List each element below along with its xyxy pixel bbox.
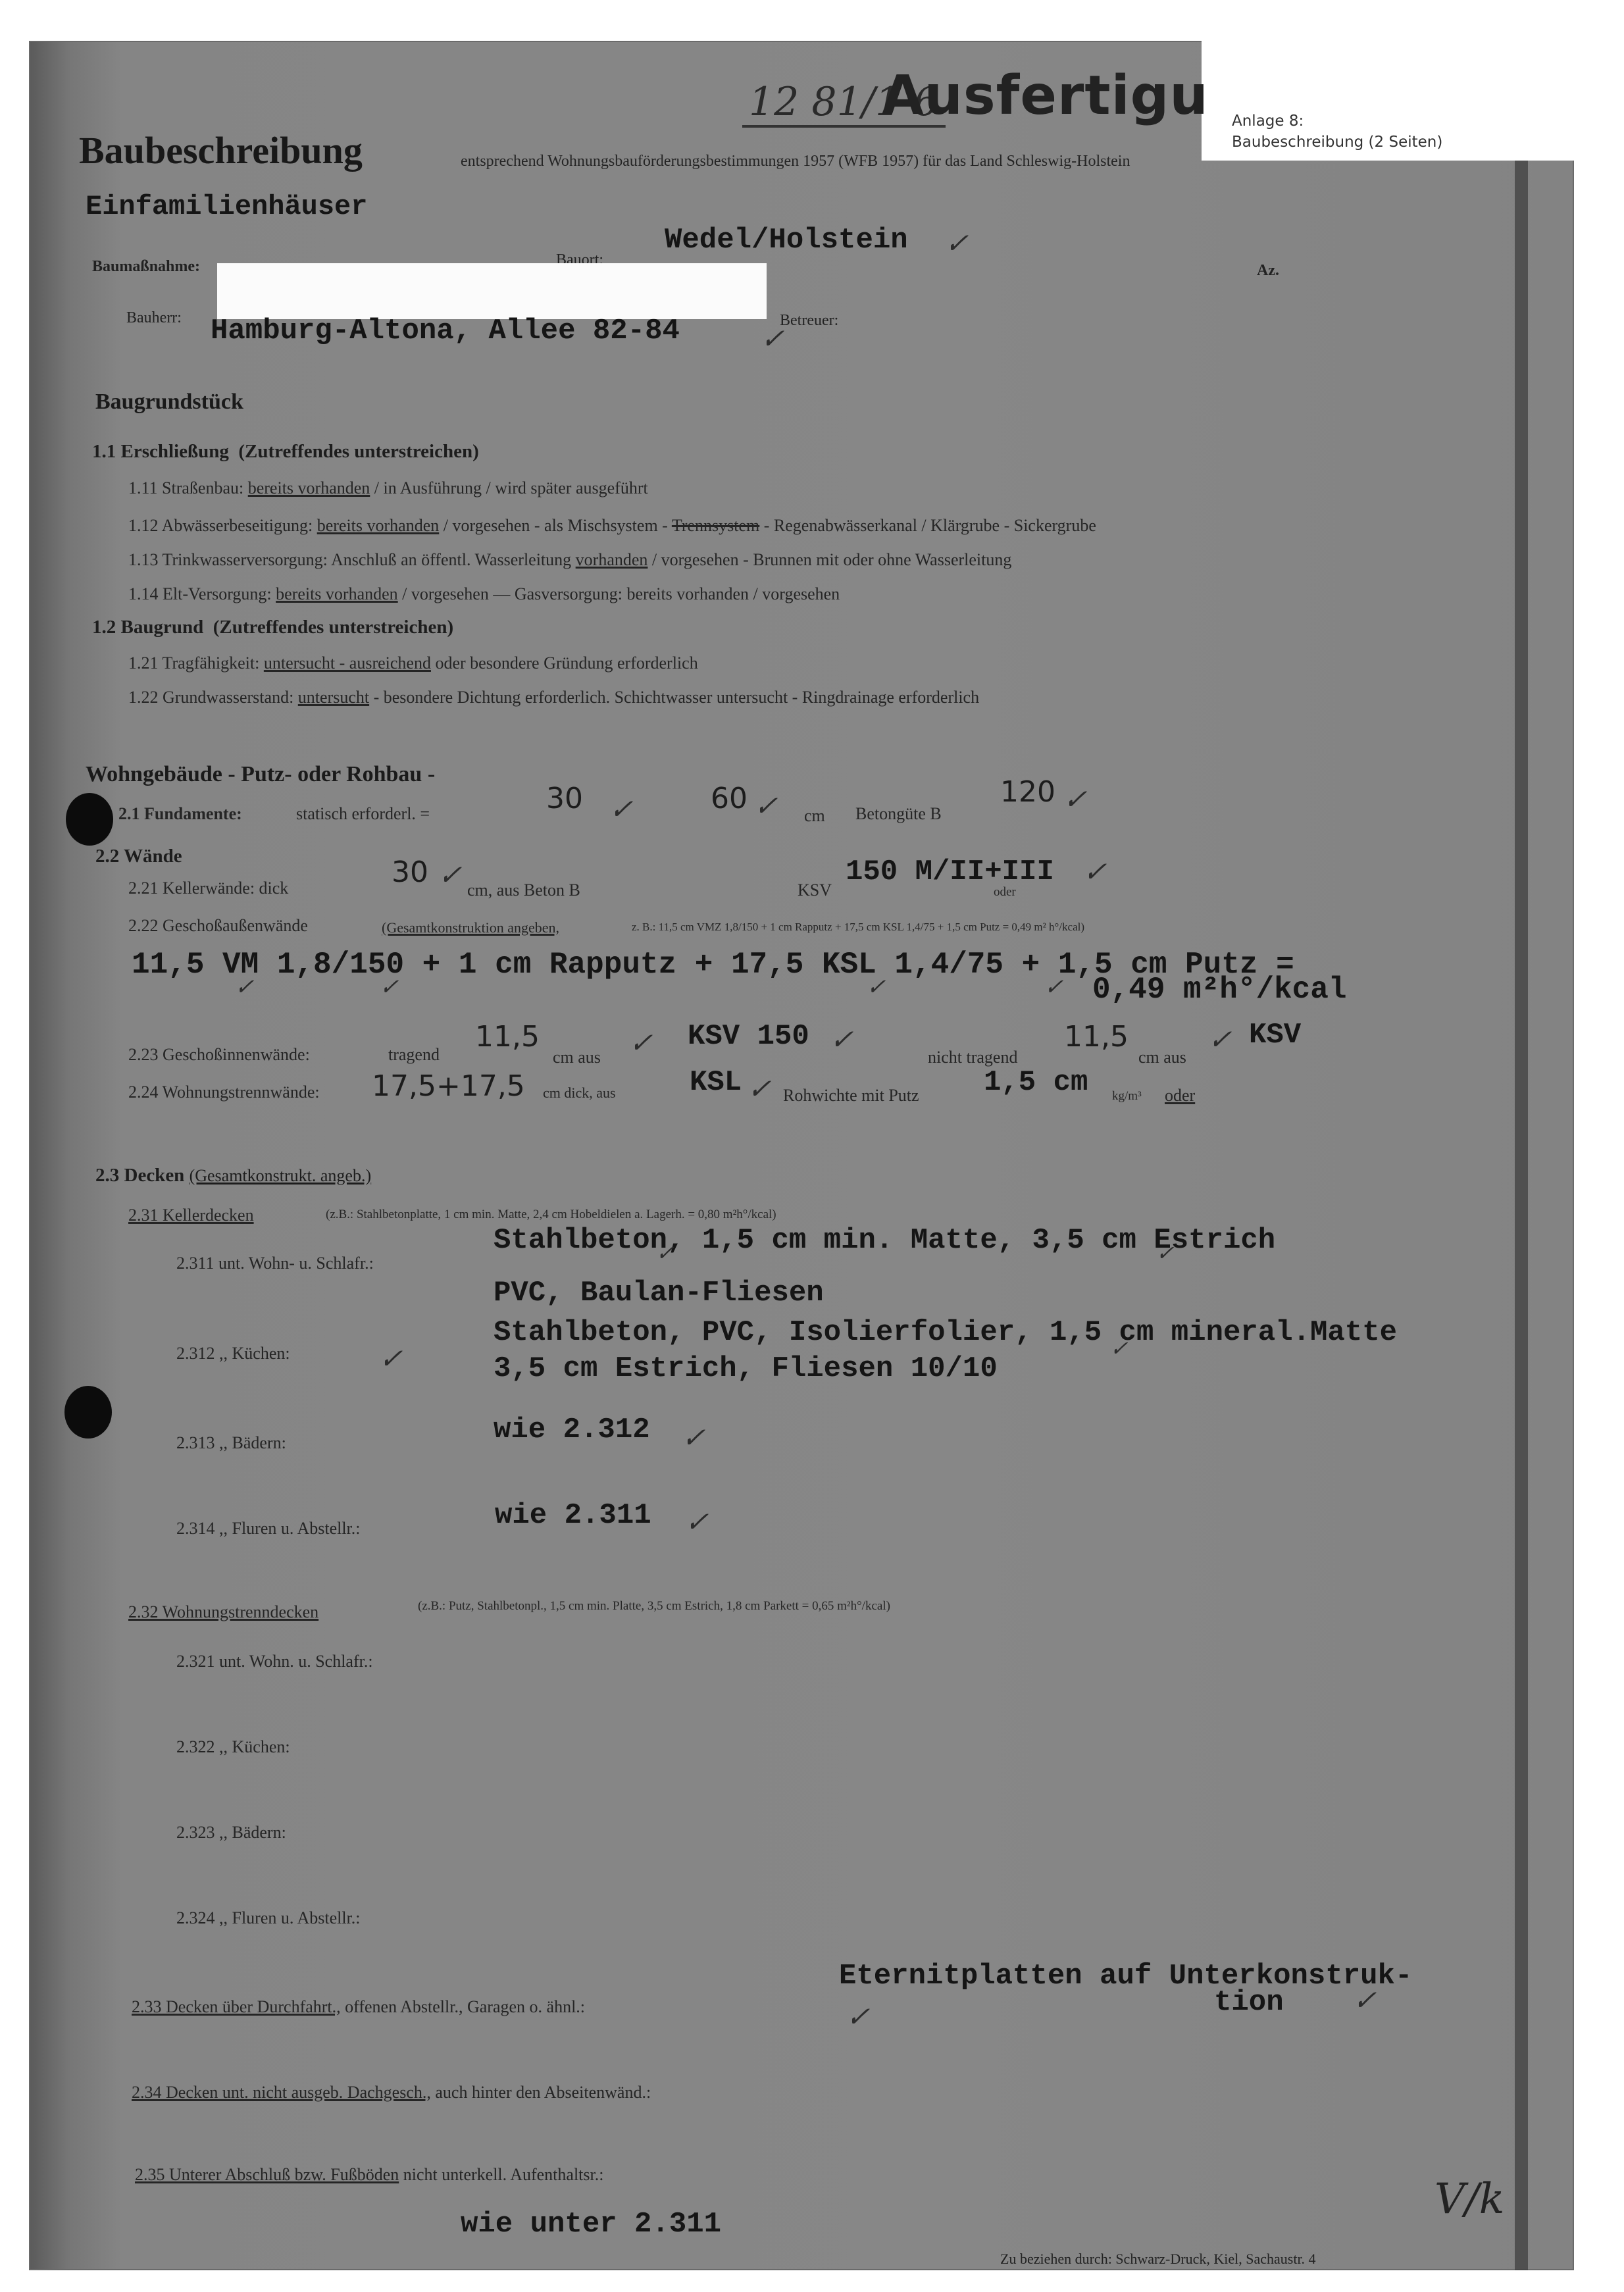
item-label: 2.35 Unterer Abschluß bzw. Fußböden xyxy=(135,2165,399,2184)
betongute-label: Betongüte B xyxy=(855,804,942,824)
item-1-14: 1.14 Elt-Versorgung: bereits vorhanden /… xyxy=(128,584,840,604)
aussenwaende-value-line-2: 0,49 m²h°/kcal xyxy=(1092,973,1346,1007)
underlined-option: bereits vorhanden xyxy=(248,478,370,497)
trennwaende-material: KSL xyxy=(690,1066,742,1099)
value-2-312-line-1: Stahlbeton, PVC, Isolierfolier, 1,5 cm m… xyxy=(494,1316,1397,1349)
row-2-314: 2.314 ,, Fluren u. Abstellr.: xyxy=(176,1519,361,1539)
underlined-option: vorhanden xyxy=(576,550,648,569)
item-label: Trinkwasserversorgung: xyxy=(163,550,328,569)
fundamente-value-2: 60 xyxy=(711,782,748,815)
item-1-12: 1.12 Abwässerbeseitigung: bereits vorhan… xyxy=(128,516,1096,536)
kellerwaende-unit: cm, aus Beton B xyxy=(467,880,580,900)
trennwaende-label: 2.24 Wohnungstrennwände: xyxy=(128,1082,320,1102)
item-text: offenen Abstellr., Garagen o. ähnl.: xyxy=(345,1997,585,2016)
oder-label: oder xyxy=(994,885,1016,900)
fundamente-label: 2.1 Fundamente: xyxy=(118,804,242,824)
tragend-label: tragend xyxy=(388,1045,440,1065)
item-label: Straßenbau: xyxy=(162,478,243,497)
annex-number: Anlage 8: xyxy=(1232,111,1442,132)
tragend-value: 11,5 xyxy=(475,1020,540,1054)
item-options: / vorgesehen - als Mischsystem - xyxy=(444,516,668,535)
item-number: 1.21 xyxy=(128,653,159,673)
row-2-34: 2.34 Decken unt. nicht ausgeb. Dachgesch… xyxy=(132,2083,651,2102)
item-label: Tragfähigkeit: xyxy=(163,653,260,673)
bauherr-value: Hamburg-Altona, Allee 82-84 xyxy=(211,315,680,347)
innenwaende-label: 2.23 Geschoßinnenwände: xyxy=(128,1045,310,1065)
value-2-312-line-2: 3,5 cm Estrich, Fliesen 10/10 xyxy=(494,1352,998,1385)
item-number: 1.13 xyxy=(128,550,159,569)
item-options: / vorgesehen - Brunnen mit oder ohne Was… xyxy=(652,550,1011,569)
ksv-value: 150 M/II+III xyxy=(846,855,1054,888)
bauherr-label: Bauherr: xyxy=(126,309,182,327)
section-erschliessung-title: 1.1 Erschließung (Zutreffendes unterstre… xyxy=(92,441,479,463)
row-2-311: 2.311 unt. Wohn- u. Schlafr.: xyxy=(176,1254,374,1273)
punch-hole xyxy=(64,1386,112,1439)
nicht-tragend-value: 11,5 xyxy=(1064,1020,1129,1054)
item-1-21: 1.21 Tragfähigkeit: untersucht - ausreic… xyxy=(128,653,698,673)
redaction-box xyxy=(217,263,767,319)
aussenwaende-hint: (Gesamtkonstruktion angeben, xyxy=(382,919,559,936)
item-label: ,, Bädern: xyxy=(219,1823,286,1842)
item-options: oder besondere Gründung erforderlich xyxy=(435,653,698,673)
item-label: 2.33 Decken über Durchfahrt., xyxy=(132,1997,341,2016)
nicht-tragend-label: nicht tragend xyxy=(928,1048,1017,1067)
item-label: 2.34 Decken unt. nicht ausgeb. Dachgesch… xyxy=(132,2083,431,2102)
form-subtitle: entsprechend Wohnungsbauförderungsbestim… xyxy=(461,153,1130,170)
section-number-title: 1.1 Erschließung xyxy=(92,441,229,462)
ksv-label: KSV xyxy=(798,880,832,900)
item-text: nicht unterkell. Aufenthaltsr.: xyxy=(403,2165,604,2184)
item-options: / in Ausführung / wird später ausgeführt xyxy=(374,478,648,497)
building-type: Einfamilienhäuser xyxy=(86,191,367,222)
item-label: ,, Bädern: xyxy=(219,1433,286,1452)
item-options: - Regenabwässerkanal / Klärgrube - Sicke… xyxy=(764,516,1096,535)
item-text: Anschluß an öffentl. Wasserleitung xyxy=(331,550,571,569)
trennwaende-unit: cm dick, aus xyxy=(543,1084,616,1102)
item-label: Abwässerbeseitigung: xyxy=(162,516,313,535)
fundamente-text: statisch erforderl. = xyxy=(296,804,430,824)
item-number: 2.312 xyxy=(176,1344,215,1363)
underlined-option: untersucht xyxy=(298,688,369,707)
section-number-title: 2.3 Decken xyxy=(95,1165,184,1186)
underlined-option: untersucht - ausreichend xyxy=(264,653,431,673)
item-number: 2.313 xyxy=(176,1433,215,1452)
row-2-312: 2.312 ,, Küchen: xyxy=(176,1344,290,1363)
nicht-tragend-material: KSV xyxy=(1249,1019,1301,1052)
annex-label: Anlage 8: Baubeschreibung (2 Seiten) xyxy=(1232,111,1442,153)
row-2-33: 2.33 Decken über Durchfahrt., offenen Ab… xyxy=(132,1997,585,2017)
item-options: / vorgesehen — Gasversorgung: bereits vo… xyxy=(402,584,840,603)
kellerdecken-example: (z.B.: Stahlbetonplatte, 1 cm min. Matte… xyxy=(326,1208,776,1222)
item-number: 2.322 xyxy=(176,1737,215,1756)
item-number: 2.323 xyxy=(176,1823,215,1842)
trenndecken-label: 2.32 Wohnungstrenndecken xyxy=(128,1602,318,1622)
item-number: 2.314 xyxy=(176,1519,215,1538)
decken-title: 2.3 Decken (Gesamtkonstrukt. angeb.) xyxy=(95,1165,371,1186)
fundamente-value-1: 30 xyxy=(546,782,583,815)
item-number: 1.11 xyxy=(128,478,158,497)
rohwichte-label: Rohwichte mit Putz xyxy=(783,1086,919,1106)
copy-stamp: Ausfertigu xyxy=(882,64,1209,127)
row-2-322: 2.322 ,, Küchen: xyxy=(176,1737,290,1757)
betreuer-label: Betreuer: xyxy=(780,312,838,330)
item-options: - besondere Dichtung erforderlich. Schic… xyxy=(374,688,980,707)
trenndecken-example: (z.B.: Putz, Stahlbetonpl., 1,5 cm min. … xyxy=(418,1599,890,1614)
form-title: Baubeschreibung xyxy=(79,128,363,172)
fundamente-unit: cm xyxy=(804,806,825,826)
item-label: unt. Wohn- u. Schlafr.: xyxy=(218,1254,374,1273)
underlined-option: bereits vorhanden xyxy=(276,584,398,603)
az-label: Az. xyxy=(1257,262,1279,280)
item-1-11: 1.11 Straßenbau: bereits vorhanden / in … xyxy=(128,478,648,498)
baumassnahme-label: Baumaßnahme: xyxy=(92,258,200,276)
nicht-tragend-unit: cm aus xyxy=(1138,1048,1186,1067)
row-2-35: 2.35 Unterer Abschluß bzw. Fußböden nich… xyxy=(135,2165,603,2185)
value-2-313: wie 2.312 xyxy=(494,1413,650,1446)
section-baugrundstueck: Baugrundstück xyxy=(95,390,243,415)
item-label: ,, Fluren u. Abstellr.: xyxy=(219,1908,361,1927)
kellerdecken-label: 2.31 Kellerdecken xyxy=(128,1206,254,1225)
item-label: Elt-Versorgung: xyxy=(163,584,272,603)
row-2-313: 2.313 ,, Bädern: xyxy=(176,1433,286,1453)
row-2-323: 2.323 ,, Bädern: xyxy=(176,1823,286,1843)
printer-imprint: Zu beziehen durch: Schwarz-Druck, Kiel, … xyxy=(1000,2251,1316,2268)
value-2-311-line-2: PVC, Baulan-Fliesen xyxy=(494,1277,824,1310)
betongute-value: 120 xyxy=(1000,775,1055,809)
section-number-title: 1.2 Baugrund xyxy=(92,617,203,638)
section-hint: (Gesamtkonstrukt. angeb.) xyxy=(190,1166,372,1185)
value-2-33-line-1: Eternitplatten auf Unterkonstruk- xyxy=(839,1960,1412,1993)
underlined-option: bereits vorhanden xyxy=(317,516,440,535)
struck-option: Trennsystem xyxy=(672,516,759,535)
aussenwaende-example: z. B.: 11,5 cm VMZ 1,8/150 + 1 cm Rapput… xyxy=(632,921,1084,934)
item-number: 2.321 xyxy=(176,1652,215,1671)
item-number: 1.22 xyxy=(128,688,159,707)
waende-title: 2.2 Wände xyxy=(95,846,182,867)
punch-hole xyxy=(66,793,113,846)
item-label: ,, Küchen: xyxy=(219,1344,290,1363)
rohwichte-value: 1,5 cm xyxy=(984,1066,1088,1099)
annex-description: Baubeschreibung (2 Seiten) xyxy=(1232,132,1442,153)
row-2-324: 2.324 ,, Fluren u. Abstellr.: xyxy=(176,1908,361,1928)
item-label: Grundwasserstand: xyxy=(163,688,293,707)
bauort-value: Wedel/Holstein xyxy=(665,224,908,257)
item-label: ,, Fluren u. Abstellr.: xyxy=(219,1519,361,1538)
row-2-321: 2.321 unt. Wohn. u. Schlafr.: xyxy=(176,1652,373,1671)
scanned-form-page xyxy=(29,41,1574,2270)
aussenwaende-label: 2.22 Geschoßaußenwände xyxy=(128,916,308,936)
value-2-35: wie unter 2.311 xyxy=(461,2208,721,2241)
value-2-33-line-2: tion xyxy=(1214,1986,1284,2019)
tragend-unit: cm aus xyxy=(553,1048,601,1067)
item-1-13: 1.13 Trinkwasserversorgung: Anschluß an … xyxy=(128,550,1011,570)
kellerwaende-label: 2.21 Kellerwände: dick xyxy=(128,879,288,898)
tragend-material: KSV 150 xyxy=(688,1020,809,1053)
value-2-314: wie 2.311 xyxy=(495,1499,651,1532)
oder-label: oder xyxy=(1165,1086,1195,1106)
item-label: ,, Küchen: xyxy=(219,1737,290,1756)
item-number: 2.324 xyxy=(176,1908,215,1927)
item-text: auch hinter den Abseitenwänd.: xyxy=(435,2083,651,2102)
section-baugrund-title: 1.2 Baugrund (Zutreffendes unterstreiche… xyxy=(92,617,453,638)
kellerwaende-value: 30 xyxy=(392,855,428,889)
handwritten-initials: V/k xyxy=(1434,2175,1505,2224)
section-hint: (Zutreffendes unterstreichen) xyxy=(238,441,478,462)
trennwaende-value: 17,5+17,5 xyxy=(372,1069,525,1103)
item-number: 1.14 xyxy=(128,584,159,603)
section-hint: (Zutreffendes unterstreichen) xyxy=(213,617,453,638)
item-1-22: 1.22 Grundwasserstand: untersucht - beso… xyxy=(128,688,979,707)
item-number: 2.311 xyxy=(176,1254,215,1273)
item-label: unt. Wohn. u. Schlafr.: xyxy=(219,1652,373,1671)
rohwichte-unit: kg/m³ xyxy=(1112,1089,1142,1104)
section-wohngebaeude: Wohngebäude - Putz- oder Rohbau - xyxy=(86,762,435,787)
item-number: 1.12 xyxy=(128,516,159,535)
